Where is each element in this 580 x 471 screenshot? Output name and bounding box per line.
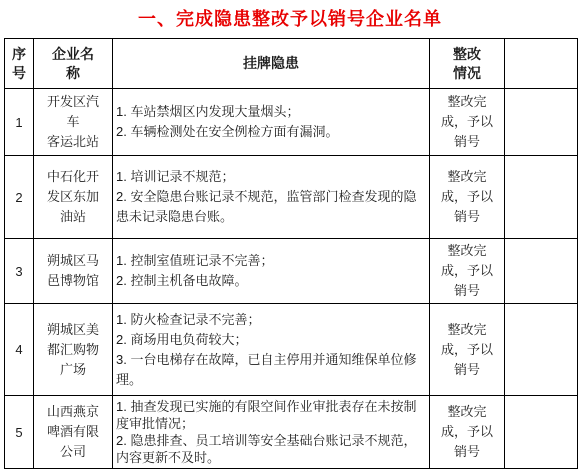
cell-company-name: 山西燕京 啤酒有限 公司: [34, 396, 113, 469]
cell-status: 整改完 成，予以 销号: [430, 89, 505, 156]
cell-company-name: 中石化开 发区东加 油站: [34, 156, 113, 239]
header-empty: [505, 39, 578, 89]
cell-status: 整改完 成，予以 销号: [430, 156, 505, 239]
header-company-name: 企业名 称: [34, 39, 113, 89]
cell-status: 整改完 成，予以 销号: [430, 239, 505, 304]
cell-empty: [505, 89, 578, 156]
cell-status: 整改完 成，予以 销号: [430, 396, 505, 469]
table-row: 1 开发区汽 车 客运北站 1. 车站禁烟区内发现大量烟头； 2. 车辆检测处在…: [5, 89, 578, 156]
cell-hazards: 1. 防火检查记录不完善； 2. 商场用电负荷较大； 3. 一台电梯存在故障，已…: [113, 304, 430, 396]
table-header-row: 序 号 企业名 称 挂牌隐患 整改 情况: [5, 39, 578, 89]
cell-hazards: 1. 培训记录不规范； 2. 安全隐患台账记录不规范，监管部门检查发现的隐患未记…: [113, 156, 430, 239]
cell-company-name: 朔城区美 都汇购物 广场: [34, 304, 113, 396]
table-row: 3 朔城区马 邑博物馆 1. 控制室值班记录不完善； 2. 控制主机备电故障。 …: [5, 239, 578, 304]
table-row: 4 朔城区美 都汇购物 广场 1. 防火检查记录不完善； 2. 商场用电负荷较大…: [5, 304, 578, 396]
cell-serial-number: 4: [5, 304, 34, 396]
cell-serial-number: 5: [5, 396, 34, 469]
cell-empty: [505, 239, 578, 304]
cell-status: 整改完 成，予以 销号: [430, 304, 505, 396]
cell-company-name: 朔城区马 邑博物馆: [34, 239, 113, 304]
header-rectification-status: 整改 情况: [430, 39, 505, 89]
cell-empty: [505, 156, 578, 239]
cell-hazards: 1. 抽查发现已实施的有限空间作业审批表存在未按制度审批情况； 2. 隐患排查、…: [113, 396, 430, 469]
document-title: 一、完成隐患整改予以销号企业名单: [0, 7, 580, 31]
cell-serial-number: 3: [5, 239, 34, 304]
cell-empty: [505, 396, 578, 469]
signoff-table: 序 号 企业名 称 挂牌隐患 整改 情况 1 开发区汽 车 客运北站 1. 车站…: [4, 38, 578, 469]
cell-serial-number: 2: [5, 156, 34, 239]
cell-company-name: 开发区汽 车 客运北站: [34, 89, 113, 156]
header-serial-number: 序 号: [5, 39, 34, 89]
table-row: 5 山西燕京 啤酒有限 公司 1. 抽查发现已实施的有限空间作业审批表存在未按制…: [5, 396, 578, 469]
cell-hazards: 1. 车站禁烟区内发现大量烟头； 2. 车辆检测处在安全例检方面有漏洞。: [113, 89, 430, 156]
table-row: 2 中石化开 发区东加 油站 1. 培训记录不规范； 2. 安全隐患台账记录不规…: [5, 156, 578, 239]
cell-empty: [505, 304, 578, 396]
cell-serial-number: 1: [5, 89, 34, 156]
header-listed-hazards: 挂牌隐患: [113, 39, 430, 89]
cell-hazards: 1. 控制室值班记录不完善； 2. 控制主机备电故障。: [113, 239, 430, 304]
